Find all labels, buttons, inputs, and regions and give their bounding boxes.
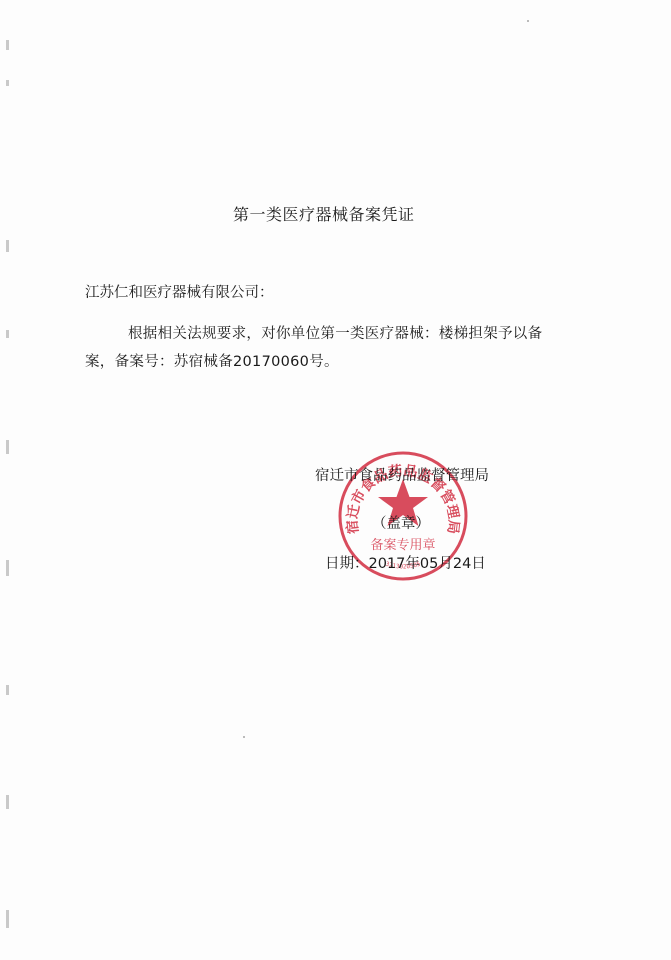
- document-page: 第一类医疗器械备案凭证 江苏仁和医疗器械有限公司： 根据相关法规要求，对你单位第…: [0, 0, 671, 960]
- document-title: 第一类医疗器械备案凭证: [233, 202, 415, 225]
- scan-speck: [527, 20, 529, 22]
- scan-speck: [243, 736, 245, 738]
- issuing-authority: 宿迁市食品药品监督管理局: [315, 464, 489, 485]
- addressee: 江苏仁和医疗器械有限公司：: [85, 281, 274, 302]
- issue-date: 日期：2017年05月24日: [325, 552, 486, 573]
- scan-edge-marks: [6, 0, 20, 960]
- body-text-line-1: 根据相关法规要求，对你单位第一类医疗器械：楼梯担架予以备: [128, 322, 542, 343]
- svg-text:备案专用章: 备案专用章: [370, 537, 435, 553]
- body-text-line-2: 案，备案号：苏宿械备20170060号。: [85, 350, 339, 371]
- seal-note: （盖章）: [372, 512, 430, 533]
